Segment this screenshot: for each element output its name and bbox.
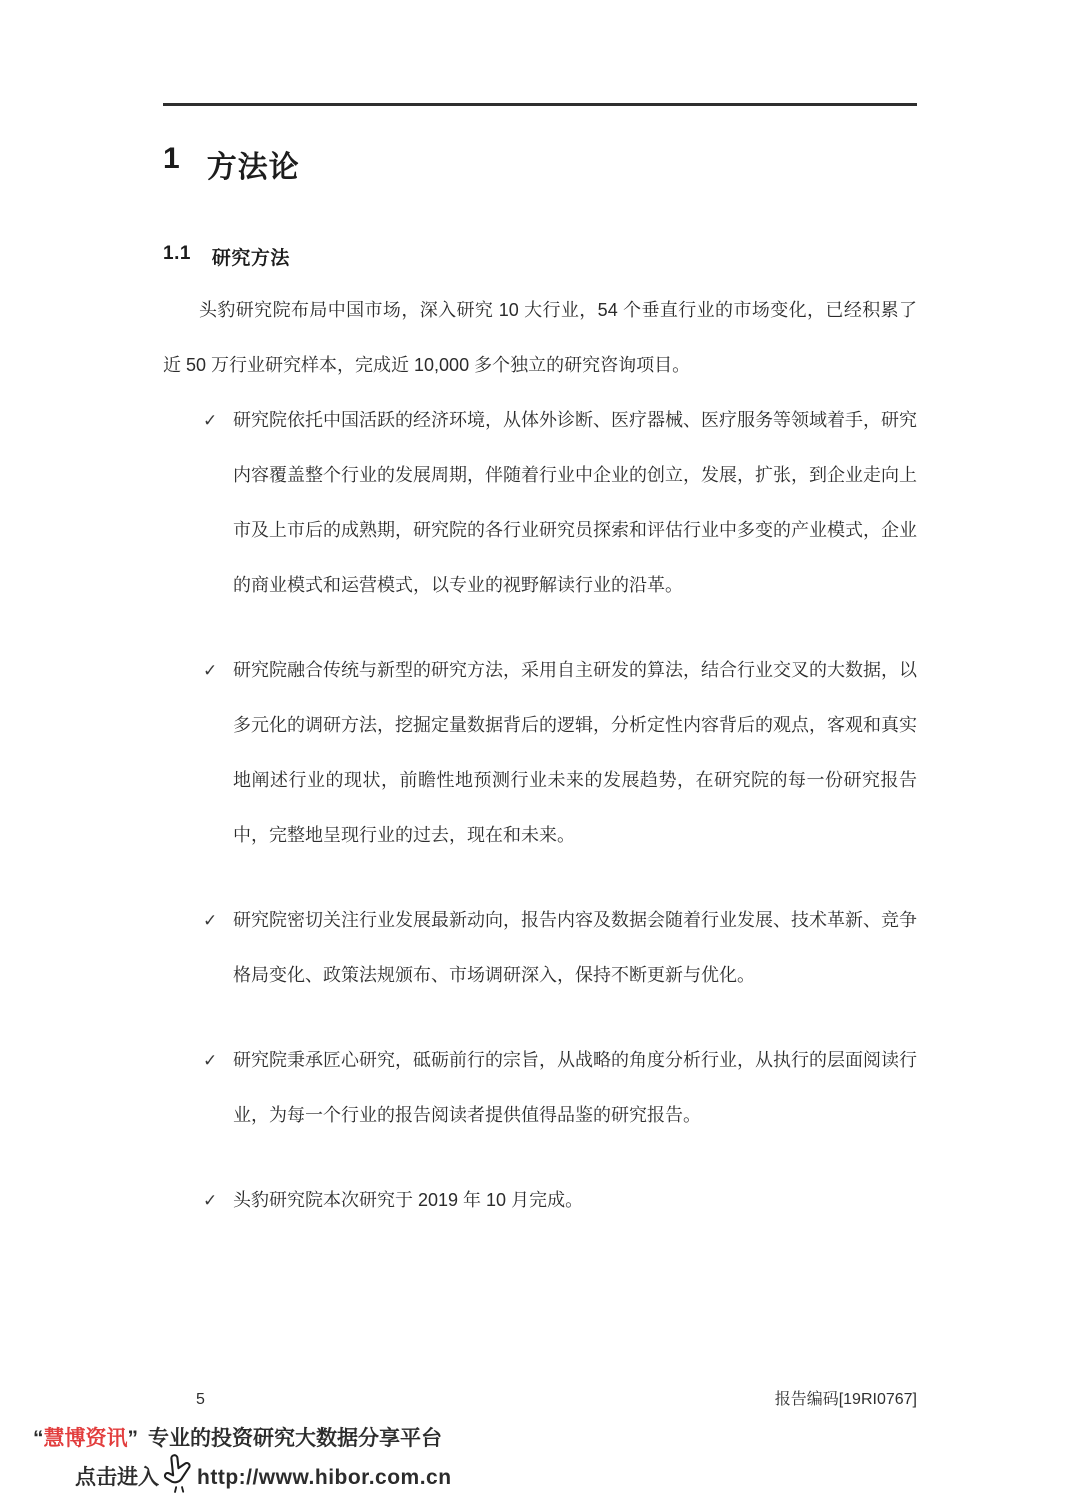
check-icon: ✓ [203, 393, 233, 448]
section-title: 方法论 [207, 142, 300, 186]
quote-close-mark: ” [128, 1427, 139, 1450]
bullet-item: ✓ 研究院依托中国活跃的经济环境，从体外诊断、医疗器械、医疗服务等领域着手，研究… [163, 393, 917, 613]
hibor-url[interactable]: http://www.hibor.com.cn [197, 1463, 452, 1493]
subsection-number: 1.1 [163, 243, 191, 270]
pointing-hand-icon [158, 1450, 196, 1495]
hibor-watermark: “慧博资讯”专业的投资研究大数据分享平台 点击进入 http://www.hib… [33, 1424, 452, 1494]
watermark-link-line[interactable]: 点击进入 http://www.hibor.com.cn [75, 1462, 452, 1494]
body-copy: 头豹研究院布局中国市场，深入研究 10 大行业，54 个垂直行业的市场变化，已经… [163, 283, 917, 1228]
bullet-item: ✓ 研究院密切关注行业发展最新动向，报告内容及数据会随着行业发展、技术革新、竞争… [163, 893, 917, 1003]
brand-name: 慧博资讯 [44, 1427, 128, 1450]
bullet-item: ✓ 头豹研究院本次研究于 2019 年 10 月完成。 [163, 1173, 917, 1228]
quote-open-mark: “ [33, 1427, 44, 1450]
bullet-list: ✓ 研究院依托中国活跃的经济环境，从体外诊断、医疗器械、医疗服务等领域着手，研究… [163, 393, 917, 1228]
report-code: 报告编码[19RI0767] [775, 1386, 917, 1409]
brand-tagline: 专业的投资研究大数据分享平台 [148, 1427, 442, 1450]
page-footer: 5 报告编码[19RI0767] [163, 1386, 917, 1409]
document-page: 1 方法论 1.1 研究方法 头豹研究院布局中国市场，深入研究 10 大行业，5… [0, 0, 1080, 1507]
section-number: 1 [163, 142, 181, 186]
section-divider [163, 103, 917, 106]
bullet-text: 研究院密切关注行业发展最新动向，报告内容及数据会随着行业发展、技术革新、竞争格局… [233, 893, 917, 1003]
check-icon: ✓ [203, 893, 233, 948]
check-icon: ✓ [203, 643, 233, 698]
subsection-title: 研究方法 [212, 243, 290, 270]
check-icon: ✓ [203, 1173, 233, 1228]
bullet-item: ✓ 研究院融合传统与新型的研究方法，采用自主研发的算法，结合行业交叉的大数据，以… [163, 643, 917, 863]
bullet-text: 研究院依托中国活跃的经济环境，从体外诊断、医疗器械、医疗服务等领域着手，研究内容… [233, 393, 917, 613]
intro-paragraph: 头豹研究院布局中国市场，深入研究 10 大行业，54 个垂直行业的市场变化，已经… [163, 283, 917, 393]
check-icon: ✓ [203, 1033, 233, 1088]
bullet-text: 研究院秉承匠心研究，砥砺前行的宗旨，从战略的角度分析行业，从执行的层面阅读行业，… [233, 1033, 917, 1143]
subsection-heading: 1.1 研究方法 [163, 243, 290, 270]
section-heading: 1 方法论 [163, 142, 300, 186]
bullet-item: ✓ 研究院秉承匠心研究，砥砺前行的宗旨，从战略的角度分析行业，从执行的层面阅读行… [163, 1033, 917, 1143]
page-number: 5 [196, 1391, 205, 1409]
watermark-brand-line: “慧博资讯”专业的投资研究大数据分享平台 [33, 1424, 452, 1454]
bullet-text: 头豹研究院本次研究于 2019 年 10 月完成。 [233, 1173, 917, 1228]
bullet-text: 研究院融合传统与新型的研究方法，采用自主研发的算法，结合行业交叉的大数据，以多元… [233, 643, 917, 863]
click-enter-label[interactable]: 点击进入 [75, 1463, 159, 1493]
